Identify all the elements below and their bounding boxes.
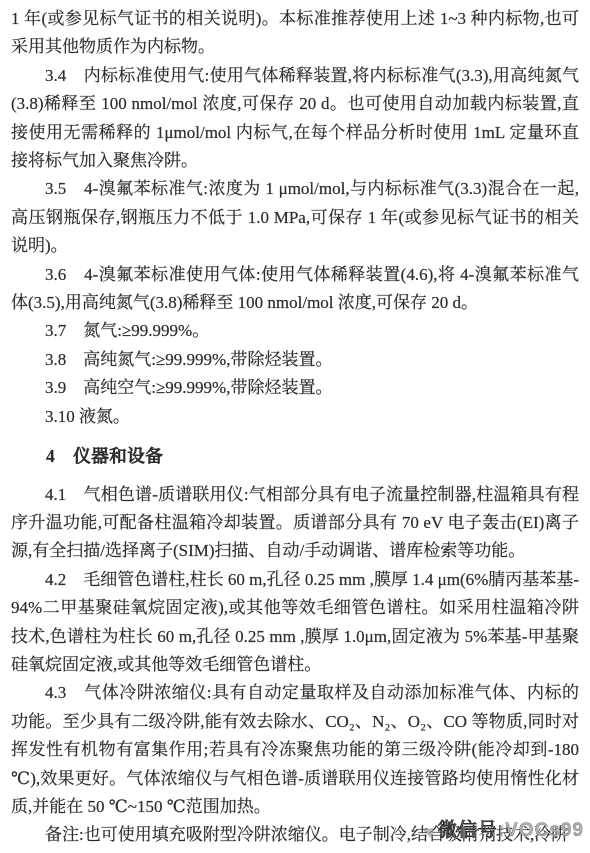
paragraph-3-5: 3.5 4-溴氟苯标准气:浓度为 1 μmol/mol,与内标标准气(3.3)混… bbox=[11, 175, 579, 260]
document-page: 1 年(或参见标气证书的相关说明)。本标准推荐使用上述 1~3 种内标物,也可采… bbox=[0, 0, 590, 853]
paragraph-3-8: 3.8 高纯氮气:≥99.999%,带除烃装置。 bbox=[11, 346, 579, 374]
paragraph-3-7: 3.7 氮气:≥99.999%。 bbox=[11, 317, 579, 345]
paragraph-3-10: 3.10 液氮。 bbox=[11, 403, 579, 431]
paragraph-3-4: 3.4 内标标准使用气:使用气体稀释装置,将内标标准气(3.3),用高纯氮气(3… bbox=[11, 62, 579, 176]
paragraph-3-6: 3.6 4-溴氟苯标准使用气体:使用气体稀释装置(4.6),将 4-溴氟苯标准气… bbox=[11, 261, 579, 318]
paragraph-3-9: 3.9 高纯空气:≥99.999%,带除烃装置。 bbox=[11, 374, 579, 402]
paragraph-note: 备注:也可使用填充吸附型冷阱浓缩仪。电子制冷,结合吸附剂技术,冷阱 bbox=[11, 821, 579, 849]
paragraph-continuation: 1 年(或参见标气证书的相关说明)。本标准推荐使用上述 1~3 种内标物,也可采… bbox=[11, 5, 579, 62]
paragraph-4-2: 4.2 毛细管色谱柱,柱长 60 m,孔径 0.25 mm ,膜厚 1.4 μm… bbox=[11, 566, 579, 680]
paragraph-4-3: 4.3 气体冷阱浓缩仪:具有自动定量取样及自动添加标准气体、内标的功能。至少具有… bbox=[11, 679, 579, 821]
paragraph-4-1: 4.1 气相色谱-质谱联用仪:气相部分具有电子流量控制器,柱温箱具有程序升温功能… bbox=[11, 481, 579, 566]
section-heading-4: 4 仪器和设备 bbox=[11, 442, 579, 470]
